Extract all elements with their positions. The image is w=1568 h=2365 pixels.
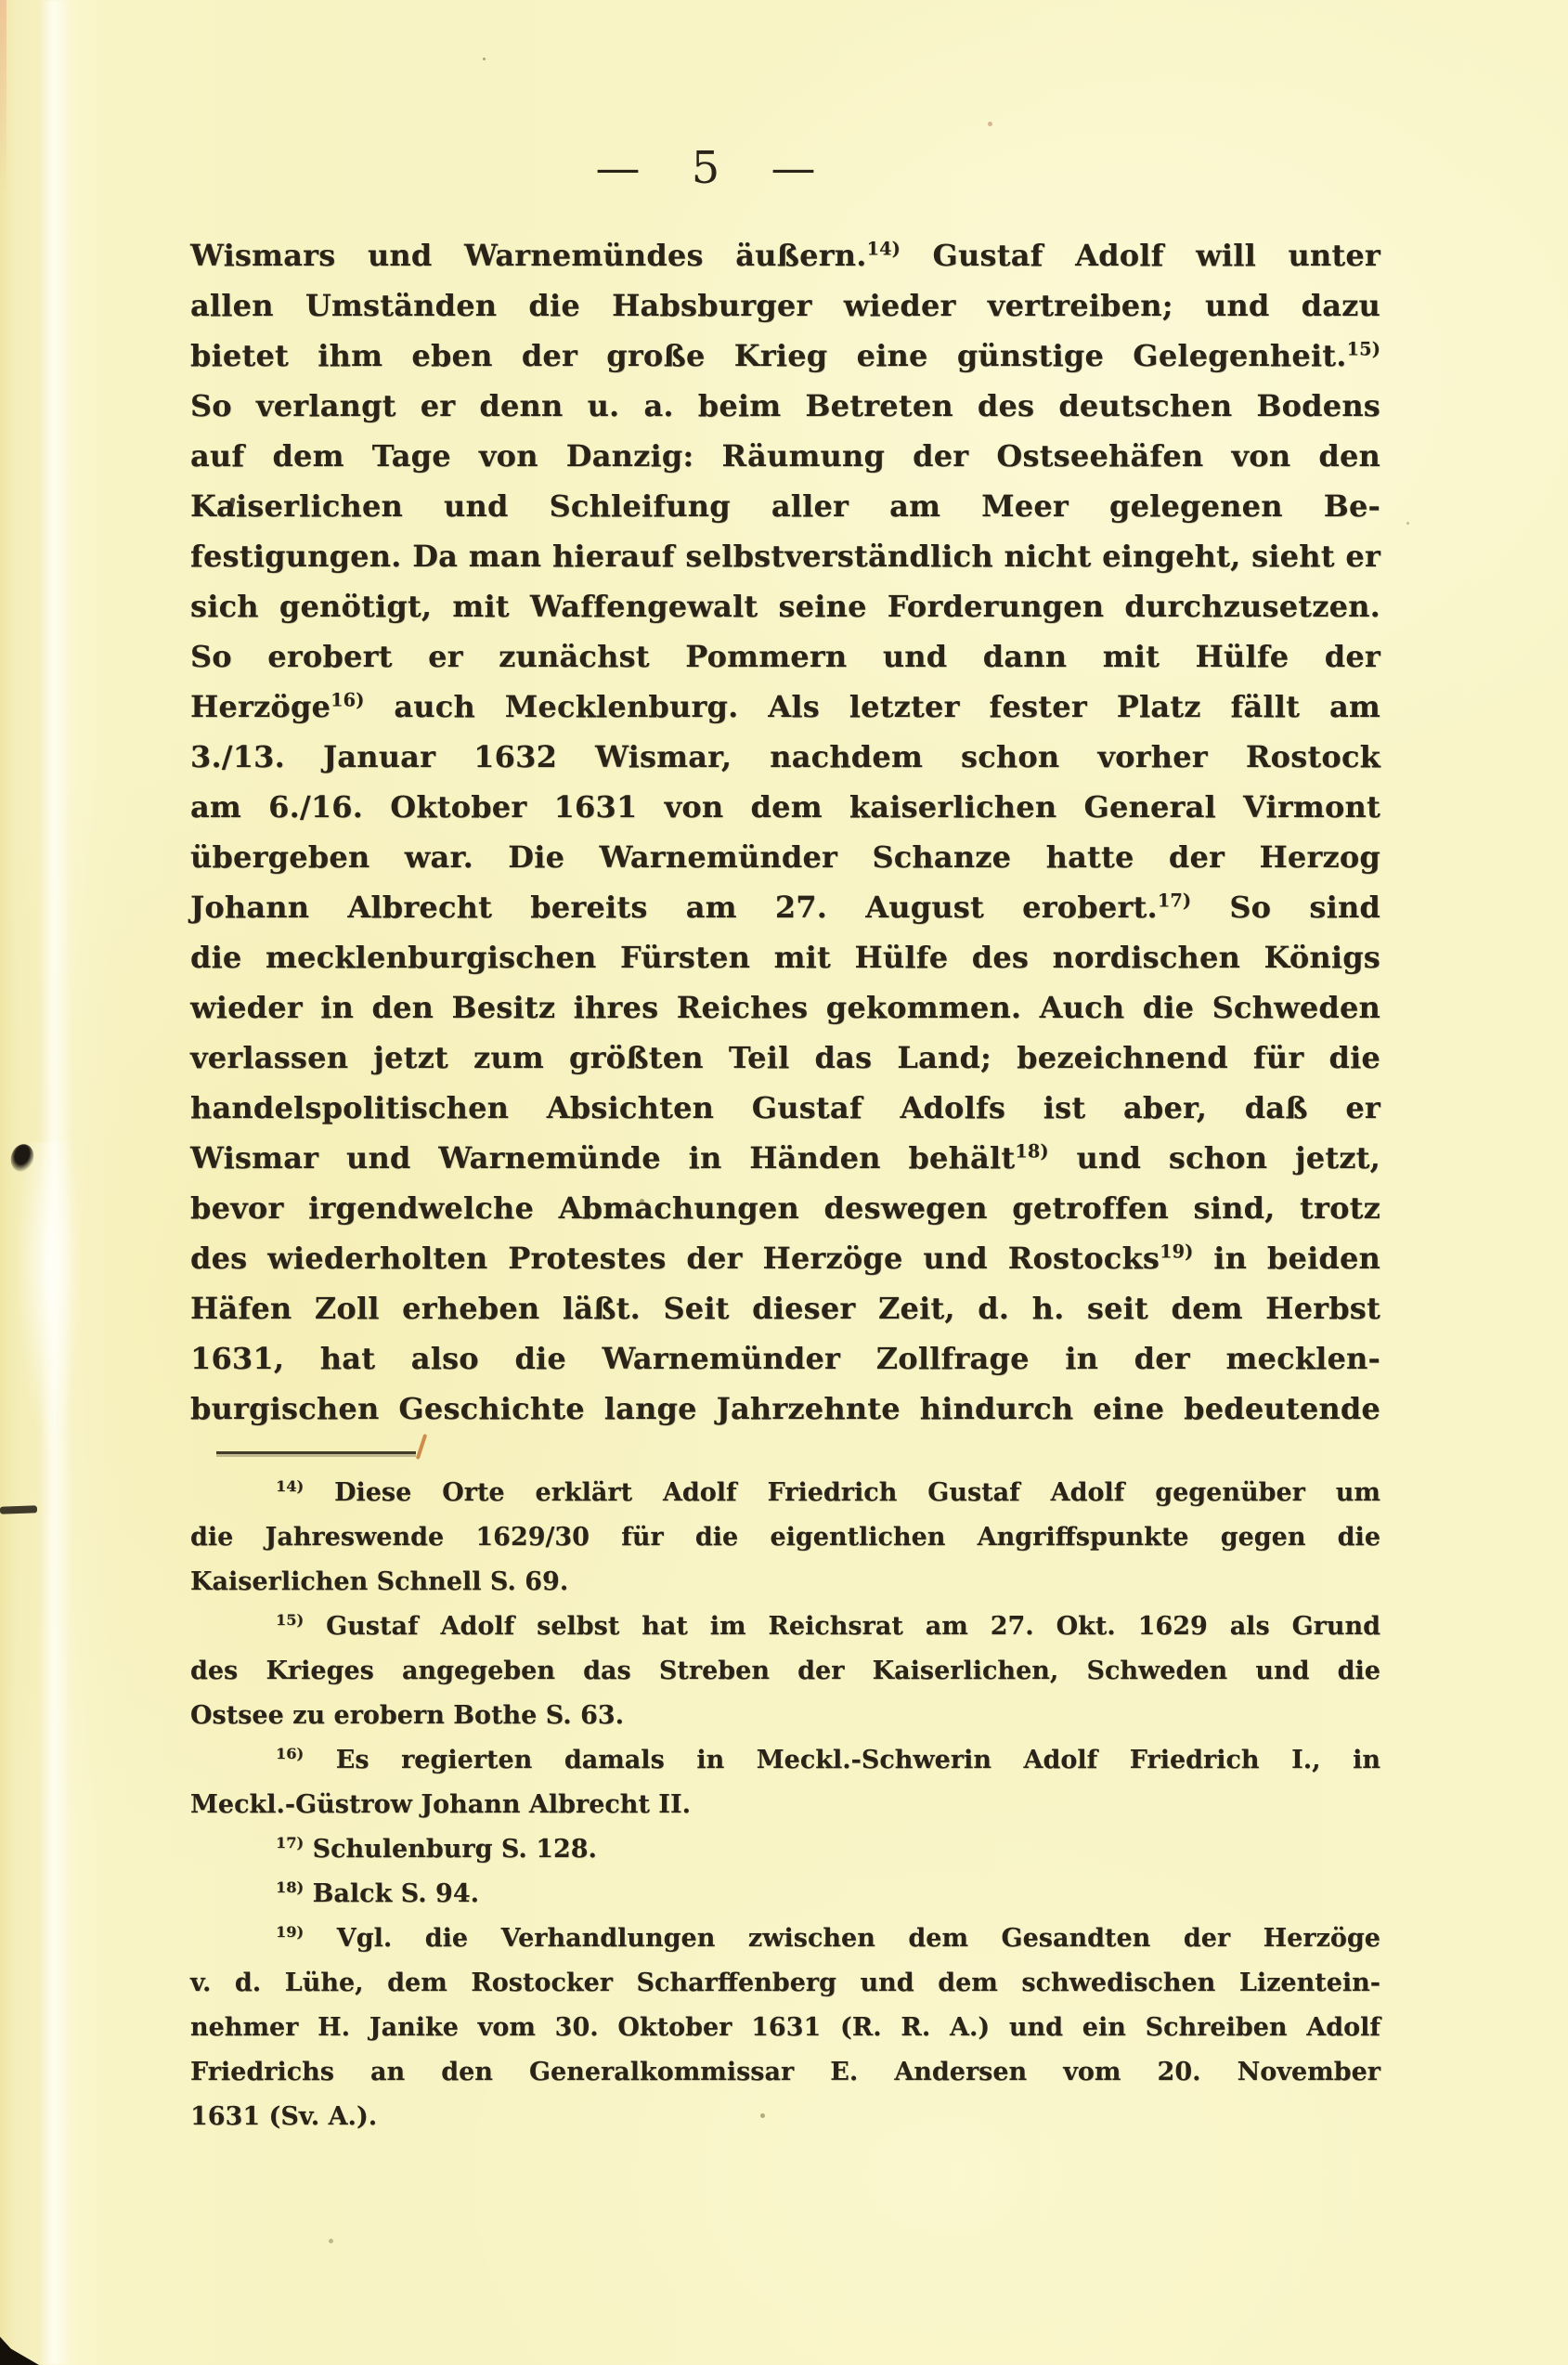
footnote-reference: 17) <box>1158 890 1191 911</box>
text-line: auf dem Tage von Danzig: Räumung der Ost… <box>190 431 1380 481</box>
page-edge-tint <box>0 0 6 195</box>
text-line: festigungen. Da man hierauf selbstverstä… <box>190 531 1380 581</box>
text-line: 1631, hat also die Warnemünder Zollfrage… <box>190 1333 1380 1384</box>
text-line: So verlangt er denn u. a. beim Betreten … <box>190 381 1380 431</box>
text-line: Herzöge16) auch Mecklenburg. Als letzter… <box>190 682 1380 732</box>
footnotes: 14) Diese Orte erklärt Adolf Friedrich G… <box>190 1471 1380 2139</box>
text-line: die mecklenburgischen Fürsten mit Hülfe … <box>190 932 1380 982</box>
text-line: 3./13. Januar 1632 Wismar, nachdem schon… <box>190 732 1380 782</box>
footnote-reference: 18) <box>1015 1140 1048 1162</box>
text-line: übergeben war. Die Warnemünder Schanze h… <box>190 832 1380 882</box>
paper-specks <box>483 58 486 60</box>
footnote-separator <box>216 1451 416 1454</box>
footnote-line: 1631 (Sv. A.). <box>190 2095 1380 2139</box>
footnote-line: Kaiserlichen Schnell S. 69. <box>190 1560 1380 1605</box>
footnote-reference: 19) <box>276 1923 304 1941</box>
text-line: sich genötigt, mit Waffengewalt seine Fo… <box>190 581 1380 631</box>
footnote-line: 16) Es regierten damals in Meckl.-Schwer… <box>190 1738 1380 1783</box>
corner-stain <box>0 2329 39 2365</box>
footnote-line: Ostsee zu erobern Bothe S. 63. <box>190 1694 1380 1738</box>
text-line: So erobert er zunächst Pommern und dann … <box>190 631 1380 682</box>
footnote-reference: 19) <box>1160 1241 1193 1262</box>
footnote-line: Friedrichs an den Generalkommissar E. An… <box>190 2050 1380 2095</box>
footnote-reference: 16) <box>276 1745 304 1762</box>
text-line: Johann Albrecht bereits am 27. August er… <box>190 882 1380 932</box>
text-line: am 6./16. Oktober 1631 von dem kaiserlic… <box>190 782 1380 832</box>
footnote-line: Meckl.-Güstrow Johann Albrecht II. <box>190 1783 1380 1827</box>
text-line: handelspolitischen Absichten Gustaf Adol… <box>190 1083 1380 1133</box>
footnote-reference: 14) <box>276 1477 304 1495</box>
footnote-line: 19) Vgl. die Verhandlungen zwischen dem … <box>190 1917 1380 1961</box>
text-line: Wismar und Warnemünde in Händen behält18… <box>190 1133 1380 1183</box>
footnote-line: 18) Balck S. 94. <box>190 1872 1380 1917</box>
footnote-line: des Krieges angegeben das Streben der Ka… <box>190 1649 1380 1694</box>
text-line: verlassen jetzt zum größten Teil das Lan… <box>190 1033 1380 1083</box>
body-text: Wismars und Warnemündes äußern.14) Gusta… <box>190 230 1380 1434</box>
footnote-reference: 15) <box>1347 338 1380 359</box>
text-line: allen Umständen die Habsburger wieder ve… <box>190 280 1380 331</box>
ink-dash-mark <box>0 1505 37 1514</box>
footnote-reference: 14) <box>867 238 901 259</box>
footnote-line: v. d. Lühe, dem Rostocker Scharffenberg … <box>190 1961 1380 2006</box>
page-fold-highlight <box>17 1142 82 1449</box>
text-line: Häfen Zoll erheben läßt. Seit dieser Zei… <box>190 1283 1380 1333</box>
footnote-reference: 15) <box>276 1611 304 1629</box>
text-line: burgischen Geschichte lange Jahrzehnte h… <box>190 1384 1380 1434</box>
text-line: bietet ihm eben der große Krieg eine gün… <box>190 331 1380 381</box>
scanned-page: — 5 — Wismars und Warnemündes äußern.14)… <box>0 0 1568 2365</box>
text-line: Wismars und Warnemündes äußern.14) Gusta… <box>190 230 1380 280</box>
footnote-line: 15) Gustaf Adolf selbst hat im Reichsrat… <box>190 1605 1380 1649</box>
red-pencil-mark <box>416 1434 427 1460</box>
footnote-reference: 16) <box>330 689 364 710</box>
footnote-line: 17) Schulenburg S. 128. <box>190 1827 1380 1872</box>
text-line: bevor irgendwelche Abmachungen deswegen … <box>190 1183 1380 1233</box>
footnote-line: nehmer H. Janike vom 30. Oktober 1631 (R… <box>190 2006 1380 2050</box>
text-line: wieder in den Besitz ihres Reiches gekom… <box>190 982 1380 1033</box>
text-line: des wiederholten Protestes der Herzöge u… <box>190 1233 1380 1283</box>
footnote-line: die Jahreswende 1629/30 für die eigentli… <box>190 1515 1380 1560</box>
text-line: Kaiserlichen und Schleifung aller am Mee… <box>190 481 1380 531</box>
page-number: — 5 — <box>520 141 891 195</box>
footnote-reference: 18) <box>276 1878 304 1896</box>
footnote-reference: 17) <box>276 1834 304 1852</box>
footnote-line: 14) Diese Orte erklärt Adolf Friedrich G… <box>190 1471 1380 1515</box>
